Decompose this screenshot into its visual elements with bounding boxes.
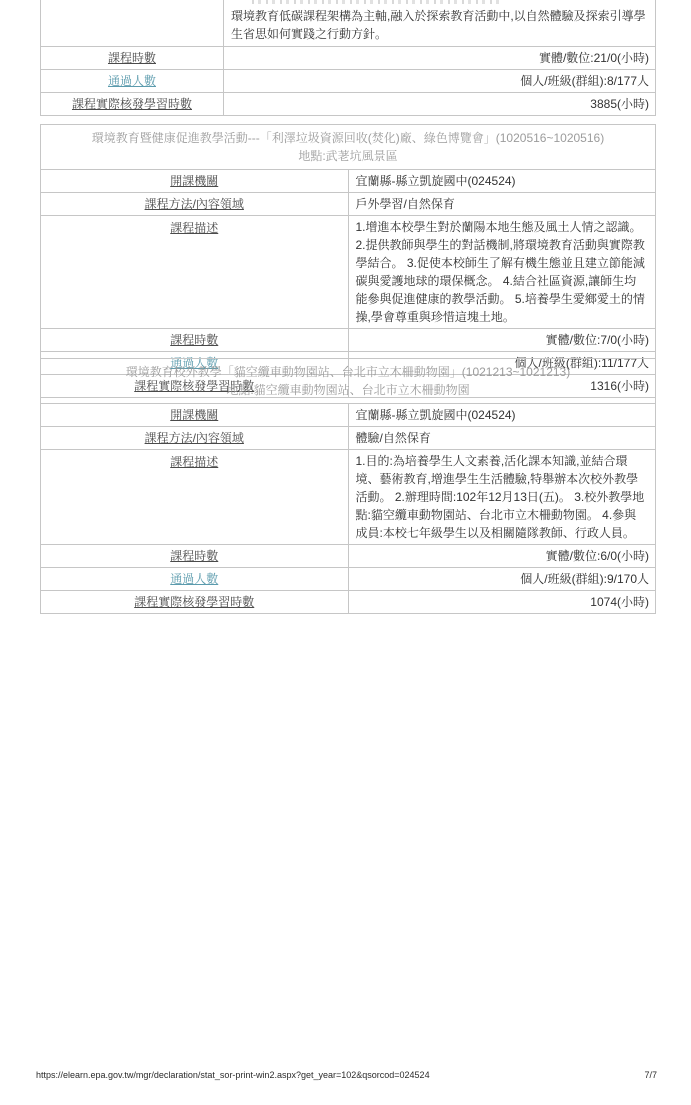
course-title-line2: 地點:貓空纜車動物園站、台北市立木柵動物園 (51, 381, 645, 399)
org-link[interactable]: 開課機關 (170, 408, 218, 422)
course-title-line1: 環境教育校外教學「貓空纜車動物園站、台北市立木柵動物園」(1021213~102… (51, 363, 645, 381)
table-row: 課程實際核發學習時數 1074(小時) (41, 591, 656, 614)
issued-hours-value: 1074(小時) (348, 591, 656, 614)
table-row: 課程描述 1.目的:為培養學生人文素養,活化課本知識,並結合環境、藝術教育,增進… (41, 450, 656, 545)
table-row: 課程時數 實體/數位:6/0(小時) (41, 545, 656, 568)
course-title: 環境教育校外教學「貓空纜車動物園站、台北市立木柵動物園」(1021213~102… (41, 359, 656, 404)
table-row: 課程時數 實體/數位:21/0(小時) (41, 46, 656, 69)
table-row: 通過人數 個人/班級(群組):9/170人 (41, 568, 656, 591)
course-description: 1.增進本校學生對於蘭陽本地生態及風土人情之認識。 2.提供教師與學生的對話機制… (348, 216, 656, 329)
org-label-cell: 開課機關 (41, 404, 349, 427)
course-table: 環境教育暨健康促進教學活動---「利澤垃圾資源回收(焚化)廠、綠色博覽會」(10… (40, 124, 656, 398)
table-row: 課程方法/內容領域 戶外學習/自然保育 (41, 193, 656, 216)
course-hours-value: 實體/數位:7/0(小時) (348, 329, 656, 352)
table-row: 開課機關 宜蘭縣-縣立凱旋國中(024524) (41, 404, 656, 427)
course-hours-link[interactable]: 課程時數 (108, 51, 156, 65)
issued-hours-label-cell: 課程實際核發學習時數 (41, 92, 224, 115)
description-link[interactable]: 課程描述 (170, 221, 218, 235)
description-link[interactable]: 課程描述 (170, 455, 218, 469)
course-table: 環境教育校外教學「貓空纜車動物園站、台北市立木柵動物園」(1021213~102… (40, 358, 656, 614)
course-hours-label-cell: 課程時數 (41, 46, 224, 69)
issued-hours-value: 3885(小時) (224, 92, 656, 115)
org-value: 宜蘭縣-縣立凱旋國中(024524) (348, 404, 656, 427)
table-title-row: 環境教育暨健康促進教學活動---「利澤垃圾資源回收(焚化)廠、綠色博覽會」(10… (41, 125, 656, 170)
course-hours-label-cell: 課程時數 (41, 329, 349, 352)
method-link[interactable]: 課程方法/內容領域 (145, 197, 244, 211)
footer-page-number: 7/7 (644, 1070, 657, 1080)
table-row: 環境教育低碳課程架構為主軸,融入於探索教育活動中,以自然體驗及探索引導學生省思如… (41, 0, 656, 46)
description-label-cell: 課程描述 (41, 216, 349, 329)
course-title-line1: 環境教育暨健康促進教學活動---「利澤垃圾資源回收(焚化)廠、綠色博覽會」(10… (51, 129, 645, 147)
issued-hours-link[interactable]: 課程實際核發學習時數 (134, 595, 254, 609)
table-row: 課程時數 實體/數位:7/0(小時) (41, 329, 656, 352)
issued-hours-label-cell: 課程實際核發學習時數 (41, 591, 349, 614)
table-row: 課程方法/內容領域 體驗/自然保育 (41, 427, 656, 450)
table-row: 開課機關 宜蘭縣-縣立凱旋國中(024524) (41, 170, 656, 193)
course-hours-label-cell: 課程時數 (41, 545, 349, 568)
issued-hours-link[interactable]: 課程實際核發學習時數 (72, 97, 192, 111)
passed-count-value: 個人/班級(群組):9/170人 (348, 568, 656, 591)
passed-count-value: 個人/班級(群組):8/177人 (224, 69, 656, 92)
print-footer: https://elearn.epa.gov.tw/mgr/declaratio… (36, 1070, 657, 1080)
passed-count-label-cell: 通過人數 (41, 69, 224, 92)
table-row: 課程描述 1.增進本校學生對於蘭陽本地生態及風土人情之認識。 2.提供教師與學生… (41, 216, 656, 329)
course-description-continued: 環境教育低碳課程架構為主軸,融入於探索教育活動中,以自然體驗及探索引導學生省思如… (224, 0, 656, 46)
footer-url: https://elearn.epa.gov.tw/mgr/declaratio… (36, 1070, 430, 1080)
course-hours-link[interactable]: 課程時數 (170, 549, 218, 563)
method-label-cell: 課程方法/內容領域 (41, 193, 349, 216)
passed-count-link[interactable]: 通過人數 (108, 74, 156, 88)
table-title-row: 環境教育校外教學「貓空纜車動物園站、台北市立木柵動物園」(1021213~102… (41, 359, 656, 404)
method-link[interactable]: 課程方法/內容領域 (145, 431, 244, 445)
description-label-empty (41, 0, 224, 46)
passed-count-link[interactable]: 通過人數 (170, 572, 218, 586)
course-hours-value: 實體/數位:21/0(小時) (224, 46, 656, 69)
method-label-cell: 課程方法/內容領域 (41, 427, 349, 450)
description-label-cell: 課程描述 (41, 450, 349, 545)
org-link[interactable]: 開課機關 (170, 174, 218, 188)
course-title-line2: 地點:武荖坑風景區 (51, 147, 645, 165)
method-value: 戶外學習/自然保育 (348, 193, 656, 216)
org-label-cell: 開課機關 (41, 170, 349, 193)
course-hours-value: 實體/數位:6/0(小時) (348, 545, 656, 568)
org-value: 宜蘭縣-縣立凱旋國中(024524) (348, 170, 656, 193)
course-table-partial: 環境教育低碳課程架構為主軸,融入於探索教育活動中,以自然體驗及探索引導學生省思如… (40, 0, 656, 116)
course-title: 環境教育暨健康促進教學活動---「利澤垃圾資源回收(焚化)廠、綠色博覽會」(10… (41, 125, 656, 170)
course-hours-link[interactable]: 課程時數 (170, 333, 218, 347)
course-description: 1.目的:為培養學生人文素養,活化課本知識,並結合環境、藝術教育,增進學生生活體… (348, 450, 656, 545)
table-row: 通過人數 個人/班級(群組):8/177人 (41, 69, 656, 92)
table-row: 課程實際核發學習時數 3885(小時) (41, 92, 656, 115)
print-page: 環境教育低碳課程架構為主軸,融入於探索教育活動中,以自然體驗及探索引導學生省思如… (0, 0, 691, 1105)
passed-count-label-cell: 通過人數 (41, 568, 349, 591)
method-value: 體驗/自然保育 (348, 427, 656, 450)
